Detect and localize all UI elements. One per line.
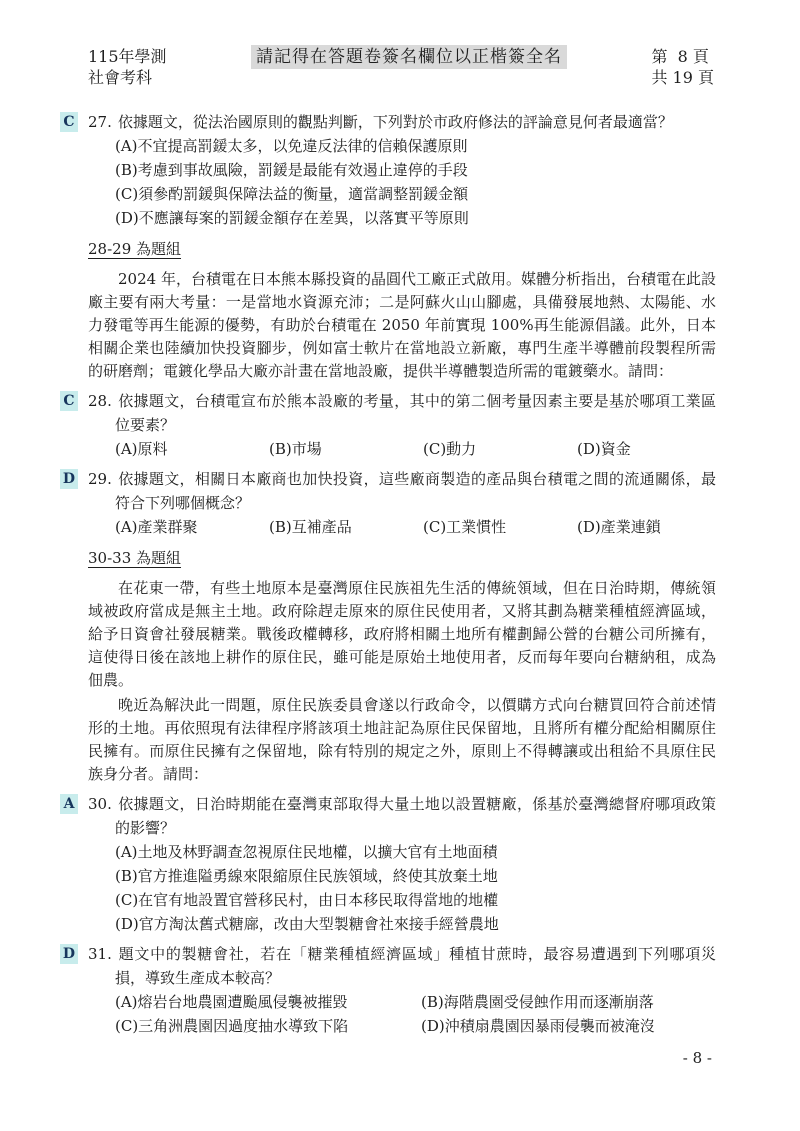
option-b: (B)互補產品 [269,515,423,539]
option-d: (D)產業連鎖 [577,515,716,539]
option-b: (B)考慮到事故風險，罰鍰是最能有效遏止違停的手段 [115,158,716,182]
option-a: (A)原料 [115,437,269,461]
exam-page: 115年學測 社會考科 請記得在答題卷簽名欄位以正楷簽全名 第 8 頁 共 19… [0,0,800,1131]
question-30-options: (A)土地及林野調查忽視原住民地權，以擴大官有土地面積 (B)官方推進隘勇線來限… [88,840,716,936]
question-27-stem: 27.依據題文，從法治國原則的觀點判斷，下列對於市政府修法的評論意見何者最適當？ [88,110,716,134]
question-27-options: (A)不宜提高罰鍰太多，以免違反法律的信賴保護原則 (B)考慮到事故風險，罰鍰是… [88,134,716,230]
answer-badge-31: D [60,944,78,964]
option-d: (D)不應讓每案的罰鍰金額存在差異，以落實平等原則 [115,206,716,230]
option-a: (A)產業群聚 [115,515,269,539]
option-c: (C)須參酌罰鍰與保障法益的衡量，適當調整罰鍰金額 [115,182,716,206]
exam-content: C 27.依據題文，從法治國原則的觀點判斷，下列對於市政府修法的評論意見何者最適… [0,88,800,1038]
question-31-stem: 31.題文中的製糖會社，若在「糖業種植經濟區域」種植甘蔗時，最容易遭遇到下列哪項… [88,942,716,990]
option-c: (C)工業慣性 [423,515,577,539]
page-total-label: 共 19 頁 [651,67,714,88]
question-body: 27.依據題文，從法治國原則的觀點判斷，下列對於市政府修法的評論意見何者最適當？… [88,110,716,230]
question-31: D 31.題文中的製糖會社，若在「糖業種植經濟區域」種植甘蔗時，最容易遭遇到下列… [60,942,716,1038]
question-29-text: 依據題文，相關日本廠商也加快投資，這些廠商製造的產品與台積電之間的流通關係，最符… [115,470,716,512]
question-30-number: 30. [88,795,112,813]
answer-badge-27: C [60,112,78,132]
answer-badge-28: C [60,391,78,411]
question-28: C 28.依據題文，台積電宣布於熊本設廠的考量，其中的第二個考量因素主要是基於哪… [60,389,716,461]
question-29-options: (A)產業群聚 (B)互補產品 (C)工業慣性 (D)產業連鎖 [88,515,716,539]
exam-name: 115年學測 [88,46,167,67]
question-body: 29.依據題文，相關日本廠商也加快投資，這些廠商製造的產品與台積電之間的流通關係… [88,467,716,539]
page-footer: - 8 - [664,1031,712,1085]
option-b: (B)海階農園受侵蝕作用而逐漸崩落 [421,990,716,1014]
option-c: (C)動力 [423,437,577,461]
page-header: 115年學測 社會考科 請記得在答題卷簽名欄位以正楷簽全名 第 8 頁 共 19… [0,0,800,88]
question-body: 31.題文中的製糖會社，若在「糖業種植經濟區域」種植甘蔗時，最容易遭遇到下列哪項… [88,942,716,1038]
option-a: (A)土地及林野調查忽視原住民地權，以擴大官有土地面積 [115,840,716,864]
question-31-text: 題文中的製糖會社，若在「糖業種植經濟區域」種植甘蔗時，最容易遭遇到下列哪項災損，… [115,945,716,987]
question-30-text: 依據題文，日治時期能在臺灣東部取得大量土地以設置糖廠，係基於臺灣總督府哪項政策的… [115,795,716,837]
question-29-number: 29. [88,470,112,488]
option-a: (A)不宜提高罰鍰太多，以免違反法律的信賴保護原則 [115,134,716,158]
question-body: 30.依據題文，日治時期能在臺灣東部取得大量土地以設置糖廠，係基於臺灣總督府哪項… [88,792,716,936]
answer-badge-29: D [60,469,78,489]
question-body: 28.依據題文，台積電宣布於熊本設廠的考量，其中的第二個考量因素主要是基於哪項工… [88,389,716,461]
passage-paragraph: 在花東一帶，有些土地原本是臺灣原住民族祖先生活的傳統領域，但在日治時期，傳統領域… [88,577,716,692]
page-current-label: 第 8 頁 [651,46,714,67]
page-indicator: 第 8 頁 共 19 頁 [651,46,714,88]
option-b: (B)官方推進隘勇線來限縮原住民族領域，終使其放棄土地 [115,864,716,888]
passage-30-33: 在花東一帶，有些土地原本是臺灣原住民族祖先生活的傳統領域，但在日治時期，傳統領域… [88,577,716,786]
group-title-30-33: 30-33 為題組 [88,547,716,569]
question-28-text: 依據題文，台積電宣布於熊本設廠的考量，其中的第二個考量因素主要是基於哪項工業區位… [115,392,716,434]
question-31-number: 31. [88,945,112,963]
signature-notice: 請記得在答題卷簽名欄位以正楷簽全名 [251,45,567,69]
passage-paragraph: 晚近為解決此一問題，原住民族委員會遂以行政命令，以價購方式向台糖買回符合前述情形… [88,694,716,786]
passage-paragraph: 2024 年，台積電在日本熊本縣投資的晶圓代工廠正式啟用。媒體分析指出，台積電在… [88,268,716,383]
option-a: (A)熔岩台地農園遭颱風侵襲被摧毀 [115,990,421,1014]
question-29: D 29.依據題文，相關日本廠商也加快投資，這些廠商製造的產品與台積電之間的流通… [60,467,716,539]
question-30-stem: 30.依據題文，日治時期能在臺灣東部取得大量土地以設置糖廠，係基於臺灣總督府哪項… [88,792,716,840]
answer-badge-30: A [60,794,78,814]
question-30: A 30.依據題文，日治時期能在臺灣東部取得大量土地以設置糖廠，係基於臺灣總督府… [60,792,716,936]
question-31-options: (A)熔岩台地農園遭颱風侵襲被摧毀 (B)海階農園受侵蝕作用而逐漸崩落 (C)三… [88,990,716,1038]
passage-28-29: 2024 年，台積電在日本熊本縣投資的晶圓代工廠正式啟用。媒體分析指出，台積電在… [88,268,716,383]
exam-subject: 社會考科 [88,67,167,88]
question-28-number: 28. [88,392,112,410]
question-28-stem: 28.依據題文，台積電宣布於熊本設廠的考量，其中的第二個考量因素主要是基於哪項工… [88,389,716,437]
option-c: (C)在官有地設置官營移民村，由日本移民取得當地的地權 [115,888,716,912]
question-27-text: 依據題文，從法治國原則的觀點判斷，下列對於市政府修法的評論意見何者最適當？ [118,113,673,131]
option-b: (B)市場 [269,437,423,461]
page-number: - 8 - [683,1049,712,1067]
group-title-28-29: 28-29 為題組 [88,238,716,260]
question-28-options: (A)原料 (B)市場 (C)動力 (D)資金 [88,437,716,461]
question-27-number: 27. [88,113,112,131]
option-d: (D)官方淘汰舊式糖廍，改由大型製糖會社來接手經營農地 [115,912,716,936]
option-d: (D)資金 [577,437,716,461]
option-c: (C)三角洲農園因過度抽水導致下陷 [115,1014,421,1038]
question-29-stem: 29.依據題文，相關日本廠商也加快投資，這些廠商製造的產品與台積電之間的流通關係… [88,467,716,515]
question-27: C 27.依據題文，從法治國原則的觀點判斷，下列對於市政府修法的評論意見何者最適… [60,110,716,230]
exam-info: 115年學測 社會考科 [88,46,167,88]
